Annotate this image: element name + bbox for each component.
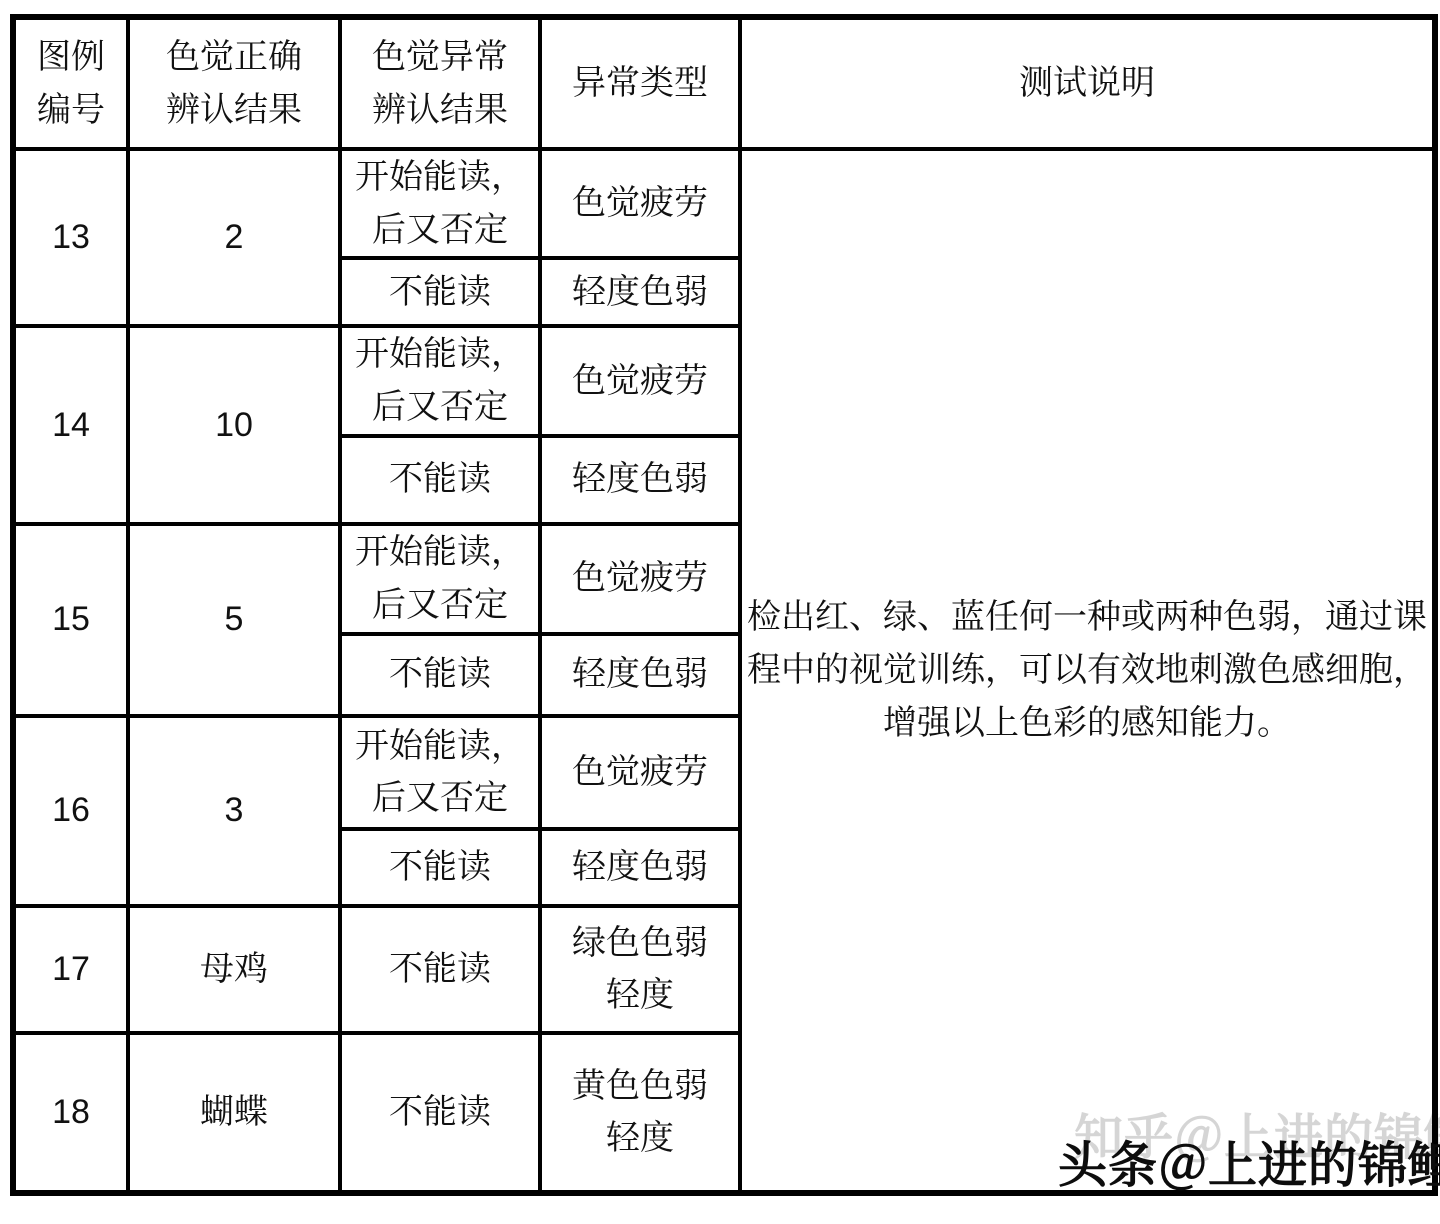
cell-correct-17: 母鸡 — [128, 906, 340, 1033]
color-vision-test-table: 图例 编号 色觉正确 辨认结果 色觉异常 辨认结果 异常类型 测试说明 13 2… — [10, 14, 1438, 1196]
cell-type-15a: 色觉疲劳 — [540, 524, 740, 634]
cell-abnormal-15b: 不能读 — [340, 634, 540, 716]
cell-type-14a: 色觉疲劳 — [540, 326, 740, 435]
cell-abnormal-15a: 开始能读， 后又否定 — [340, 524, 540, 634]
cell-abnormal-16b: 不能读 — [340, 829, 540, 906]
cell-id-15: 15 — [13, 524, 128, 716]
table-row: 13 2 开始能读， 后又否定 色觉疲劳 检出红、绿、蓝任何一种或两种色弱，通过… — [13, 149, 1435, 258]
cell-abnormal-18: 不能读 — [340, 1033, 540, 1193]
cell-type-17: 绿色色弱 轻度 — [540, 906, 740, 1033]
cell-type-16b: 轻度色弱 — [540, 829, 740, 906]
cell-type-18: 黄色色弱 轻度 — [540, 1033, 740, 1193]
cell-abnormal-16a: 开始能读， 后又否定 — [340, 716, 540, 829]
cell-id-18: 18 — [13, 1033, 128, 1193]
cell-type-16a: 色觉疲劳 — [540, 716, 740, 829]
cell-correct-18: 蝴蝶 — [128, 1033, 340, 1193]
cell-abnormal-17: 不能读 — [340, 906, 540, 1033]
cell-abnormal-13b: 不能读 — [340, 258, 540, 326]
cell-test-notes: 检出红、绿、蓝任何一种或两种色弱，通过课程中的视觉训练，可以有效地刺激色感细胞，… — [740, 149, 1435, 1193]
cell-correct-15: 5 — [128, 524, 340, 716]
header-abnormal-type: 异常类型 — [540, 17, 740, 149]
header-normal-result: 色觉正确 辨认结果 — [128, 17, 340, 149]
page: 图例 编号 色觉正确 辨认结果 色觉异常 辨认结果 异常类型 测试说明 13 2… — [0, 0, 1440, 1224]
cell-correct-16: 3 — [128, 716, 340, 906]
cell-abnormal-14a: 开始能读， 后又否定 — [340, 326, 540, 435]
cell-type-15b: 轻度色弱 — [540, 634, 740, 716]
header-row: 图例 编号 色觉正确 辨认结果 色觉异常 辨认结果 异常类型 测试说明 — [13, 17, 1435, 149]
header-legend-number: 图例 编号 — [13, 17, 128, 149]
cell-id-17: 17 — [13, 906, 128, 1033]
cell-type-14b: 轻度色弱 — [540, 436, 740, 524]
cell-id-14: 14 — [13, 326, 128, 523]
cell-type-13b: 轻度色弱 — [540, 258, 740, 326]
cell-id-16: 16 — [13, 716, 128, 906]
cell-correct-13: 2 — [128, 149, 340, 326]
cell-abnormal-13a: 开始能读， 后又否定 — [340, 149, 540, 258]
header-test-notes: 测试说明 — [740, 17, 1435, 149]
cell-correct-14: 10 — [128, 326, 340, 523]
header-abnormal-result: 色觉异常 辨认结果 — [340, 17, 540, 149]
cell-abnormal-14b: 不能读 — [340, 436, 540, 524]
cell-id-13: 13 — [13, 149, 128, 326]
cell-type-13a: 色觉疲劳 — [540, 149, 740, 258]
watermark-toutiao: 头条＠上进的锦鲤君 — [1058, 1127, 1440, 1197]
